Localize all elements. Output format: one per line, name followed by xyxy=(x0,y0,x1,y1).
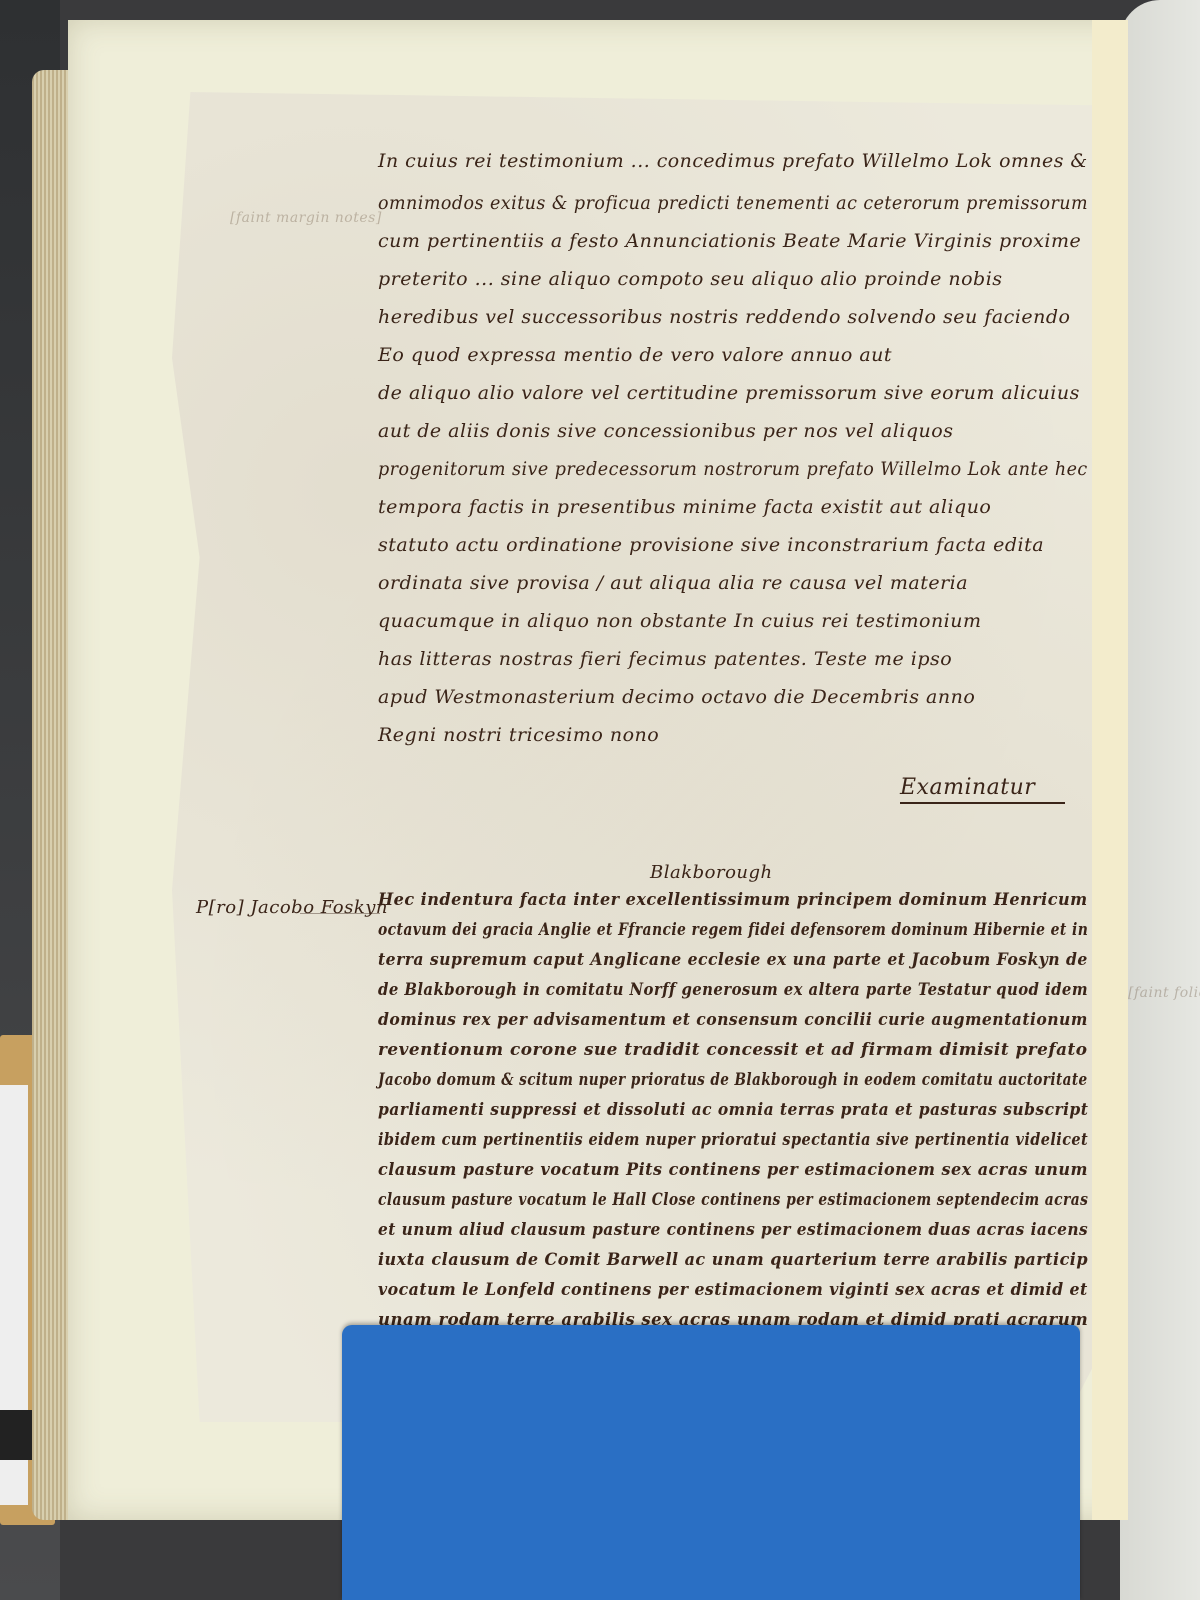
text-line: heredibus vel successoribus nostris redd… xyxy=(378,306,1070,328)
text-line: Jacobo domum & scitum nuper prioratus de… xyxy=(378,1070,1088,1090)
facing-page xyxy=(1120,0,1200,1600)
text-line: octavum dei gracia Anglie et Ffrancie re… xyxy=(378,920,1088,940)
text-line: Eo quod expressa mentio de vero valore a… xyxy=(378,344,892,366)
text-line: de aliquo alio valore vel certitudine pr… xyxy=(378,382,1080,404)
margin-rule xyxy=(300,913,380,914)
text-line: cum pertinentiis a festo Annunciationis … xyxy=(378,230,1081,252)
text-line: et unum aliud clausum pasture continens … xyxy=(378,1220,1088,1240)
text-line: tempora factis in presentibus minime fac… xyxy=(378,496,991,518)
text-line: statuto actu ordinatione provisione sive… xyxy=(378,534,1044,556)
text-line: Hec indentura facta inter excellentissim… xyxy=(378,890,1088,910)
text-line: dominus rex per advisamentum et consensu… xyxy=(378,1010,1088,1030)
text-line: terra supremum caput Anglicane ecclesie … xyxy=(378,950,1088,970)
text-line: iuxta clausum de Comit Barwell ac unam q… xyxy=(378,1250,1088,1270)
text-line: vocatum le Lonfeld continens per estimac… xyxy=(378,1280,1088,1300)
text-line: reventionum corone sue tradidit concessi… xyxy=(378,1040,1088,1060)
text-line: quacumque in aliquo non obstante In cuiu… xyxy=(378,610,982,632)
text-line: Regni nostri tricesimo nono xyxy=(378,724,659,746)
margin-note-lower: P[ro] Jacobo Foskyn xyxy=(196,897,388,918)
text-line: clausum pasture vocatum le Hall Close co… xyxy=(378,1190,1088,1210)
text-line: ordinata sive provisa / aut aliqua alia … xyxy=(378,572,968,594)
text-line: ibidem cum pertinentiis eidem nuper prio… xyxy=(378,1130,1088,1150)
text-line: de Blakborough in comitatu Norff generos… xyxy=(378,980,1088,1000)
text-line: has litteras nostras fieri fecimus paten… xyxy=(378,648,952,670)
guard-sheet-fold xyxy=(1092,20,1128,1520)
examinatur-signature: Examinatur xyxy=(900,775,1065,804)
margin-note-upper: [faint margin notes] xyxy=(230,210,382,226)
text-line: aut de aliis donis sive concessionibus p… xyxy=(378,420,953,442)
text-line: omnimodos exitus & proficua predicti ten… xyxy=(378,192,1088,214)
entry-heading: Blakborough xyxy=(650,862,773,883)
text-line: clausum pasture vocatum Pits continens p… xyxy=(378,1160,1088,1180)
text-line: progenitorum sive predecessorum nostroru… xyxy=(378,458,1088,480)
text-line: In cuius rei testimonium ... concedimus … xyxy=(378,150,1088,172)
book-page-edges xyxy=(32,70,72,1520)
text-line: preterito ... sine aliquo compoto seu al… xyxy=(378,268,1003,290)
text-line: apud Westmonasterium decimo octavo die D… xyxy=(378,686,975,708)
blue-card-weight xyxy=(342,1325,1080,1600)
text-line: parliamenti suppressi et dissoluti ac om… xyxy=(378,1100,1088,1120)
folio-mark: [faint folio mark] xyxy=(1128,985,1200,1001)
